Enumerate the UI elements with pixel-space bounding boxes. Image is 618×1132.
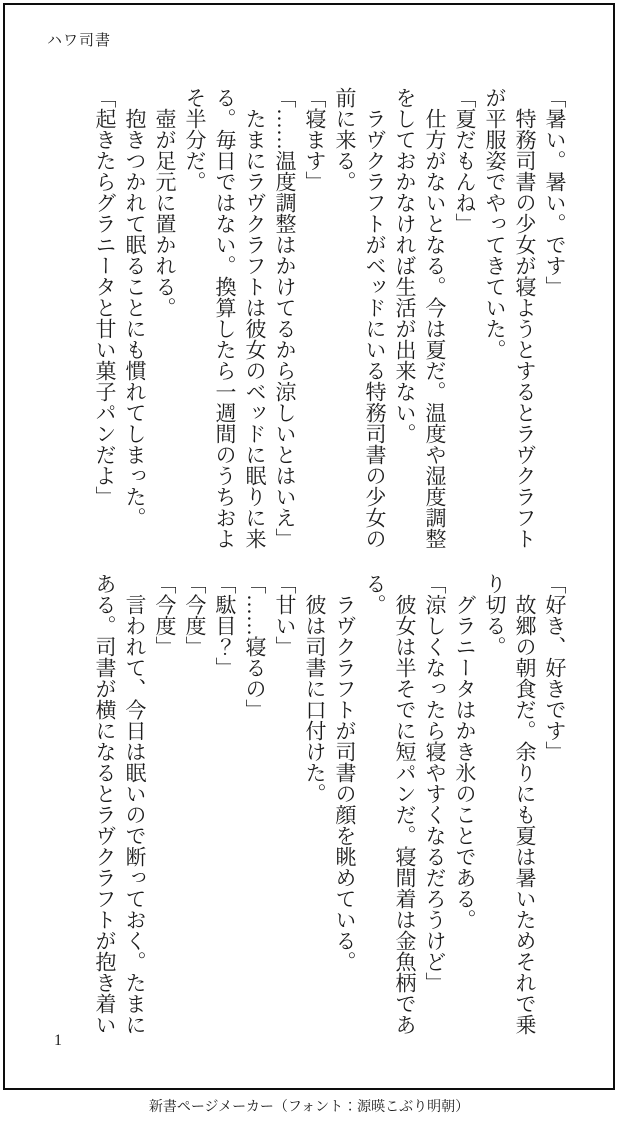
text-line: そ半分だ。 [180,87,210,557]
text-line: グラニータはかき氷のことである。 [450,573,480,1043]
text-line: 特務司書の少女が寝ようとするとラヴクラフト [510,87,540,557]
text-line: 壺が足元に置かれる。 [150,87,180,557]
text-line: 彼女は半そでに短パンだ。寝間着は金魚柄であ [390,573,420,1043]
text-line: 故郷の朝食だ。余りにも夏は暑いためそれで乗 [510,573,540,1043]
text-line: 仕方がないとなる。今は夏だ。温度や湿度調整 [420,87,450,557]
text-line: 「……温度調整はかけてるから涼しいとはいえ」 [270,87,300,557]
text-line: る。毎日ではない。換算したら一週間のうちおよ [210,87,240,557]
text-line: 「暑い。暑い。です」 [540,87,570,557]
text-line: 「好き、好きです」 [540,573,570,1043]
text-line: 「今度」 [180,573,210,1043]
text-line: 「甘い」 [270,573,300,1043]
text-line: 「駄目？」 [210,573,240,1043]
text-block-bottom: 「好き、好きです」 故郷の朝食だ。余りにも夏は暑いためそれで乗 り切る。 グラニ… [90,573,570,1043]
text-line: ある。司書が横になるとラヴクラフトが抱き着い [90,573,120,1043]
text-line: 「……寝るの」 [240,573,270,1043]
text-line: 「夏だもんね」 [450,87,480,557]
text-line: 「今度」 [150,573,180,1043]
text-block-top: 「暑い。暑い。です」 特務司書の少女が寝ようとするとラヴクラフト が平服姿でやっ… [90,87,570,557]
running-head-title: ハワ司書 [47,31,111,51]
text-line: 抱きつかれて眠ることにも慣れてしまった。 [120,87,150,557]
text-line: 彼は司書に口付けた。 [300,573,330,1043]
text-line: り切る。 [480,573,510,1043]
text-line: 前に来る。 [330,87,360,557]
text-line: ラヴクラフトが司書の顔を眺めている。 [330,573,360,1043]
text-line: が平服姿でやってきていた。 [480,87,510,557]
book-page: ハワ司書 「暑い。暑い。です」 特務司書の少女が寝ようとするとラヴクラフト が平… [3,3,615,1090]
document-canvas: ハワ司書 「暑い。暑い。です」 特務司書の少女が寝ようとするとラヴクラフト が平… [0,0,618,1132]
text-line: ラヴクラフトがベッドにいる特務司書の少女の [360,87,390,557]
footer-caption: 新書ページメーカー（フォント：源暎こぶり明朝） [0,1098,618,1118]
text-line: 「寝ます」 [300,87,330,557]
text-line: たまにラヴクラフトは彼女のベッドに眠りに来 [240,87,270,557]
text-line: 言われて、今日は眠いので断っておく。たまに [120,573,150,1043]
text-line: 「涼しくなったら寝やすくなるだろうけど」 [420,573,450,1043]
text-line: る。 [360,573,390,1043]
page-number: 1 [54,1031,62,1051]
text-line: 「起きたらグラニータと甘い菓子パンだよ」 [90,87,120,557]
text-line: をしておかなければ生活が出来ない。 [390,87,420,557]
